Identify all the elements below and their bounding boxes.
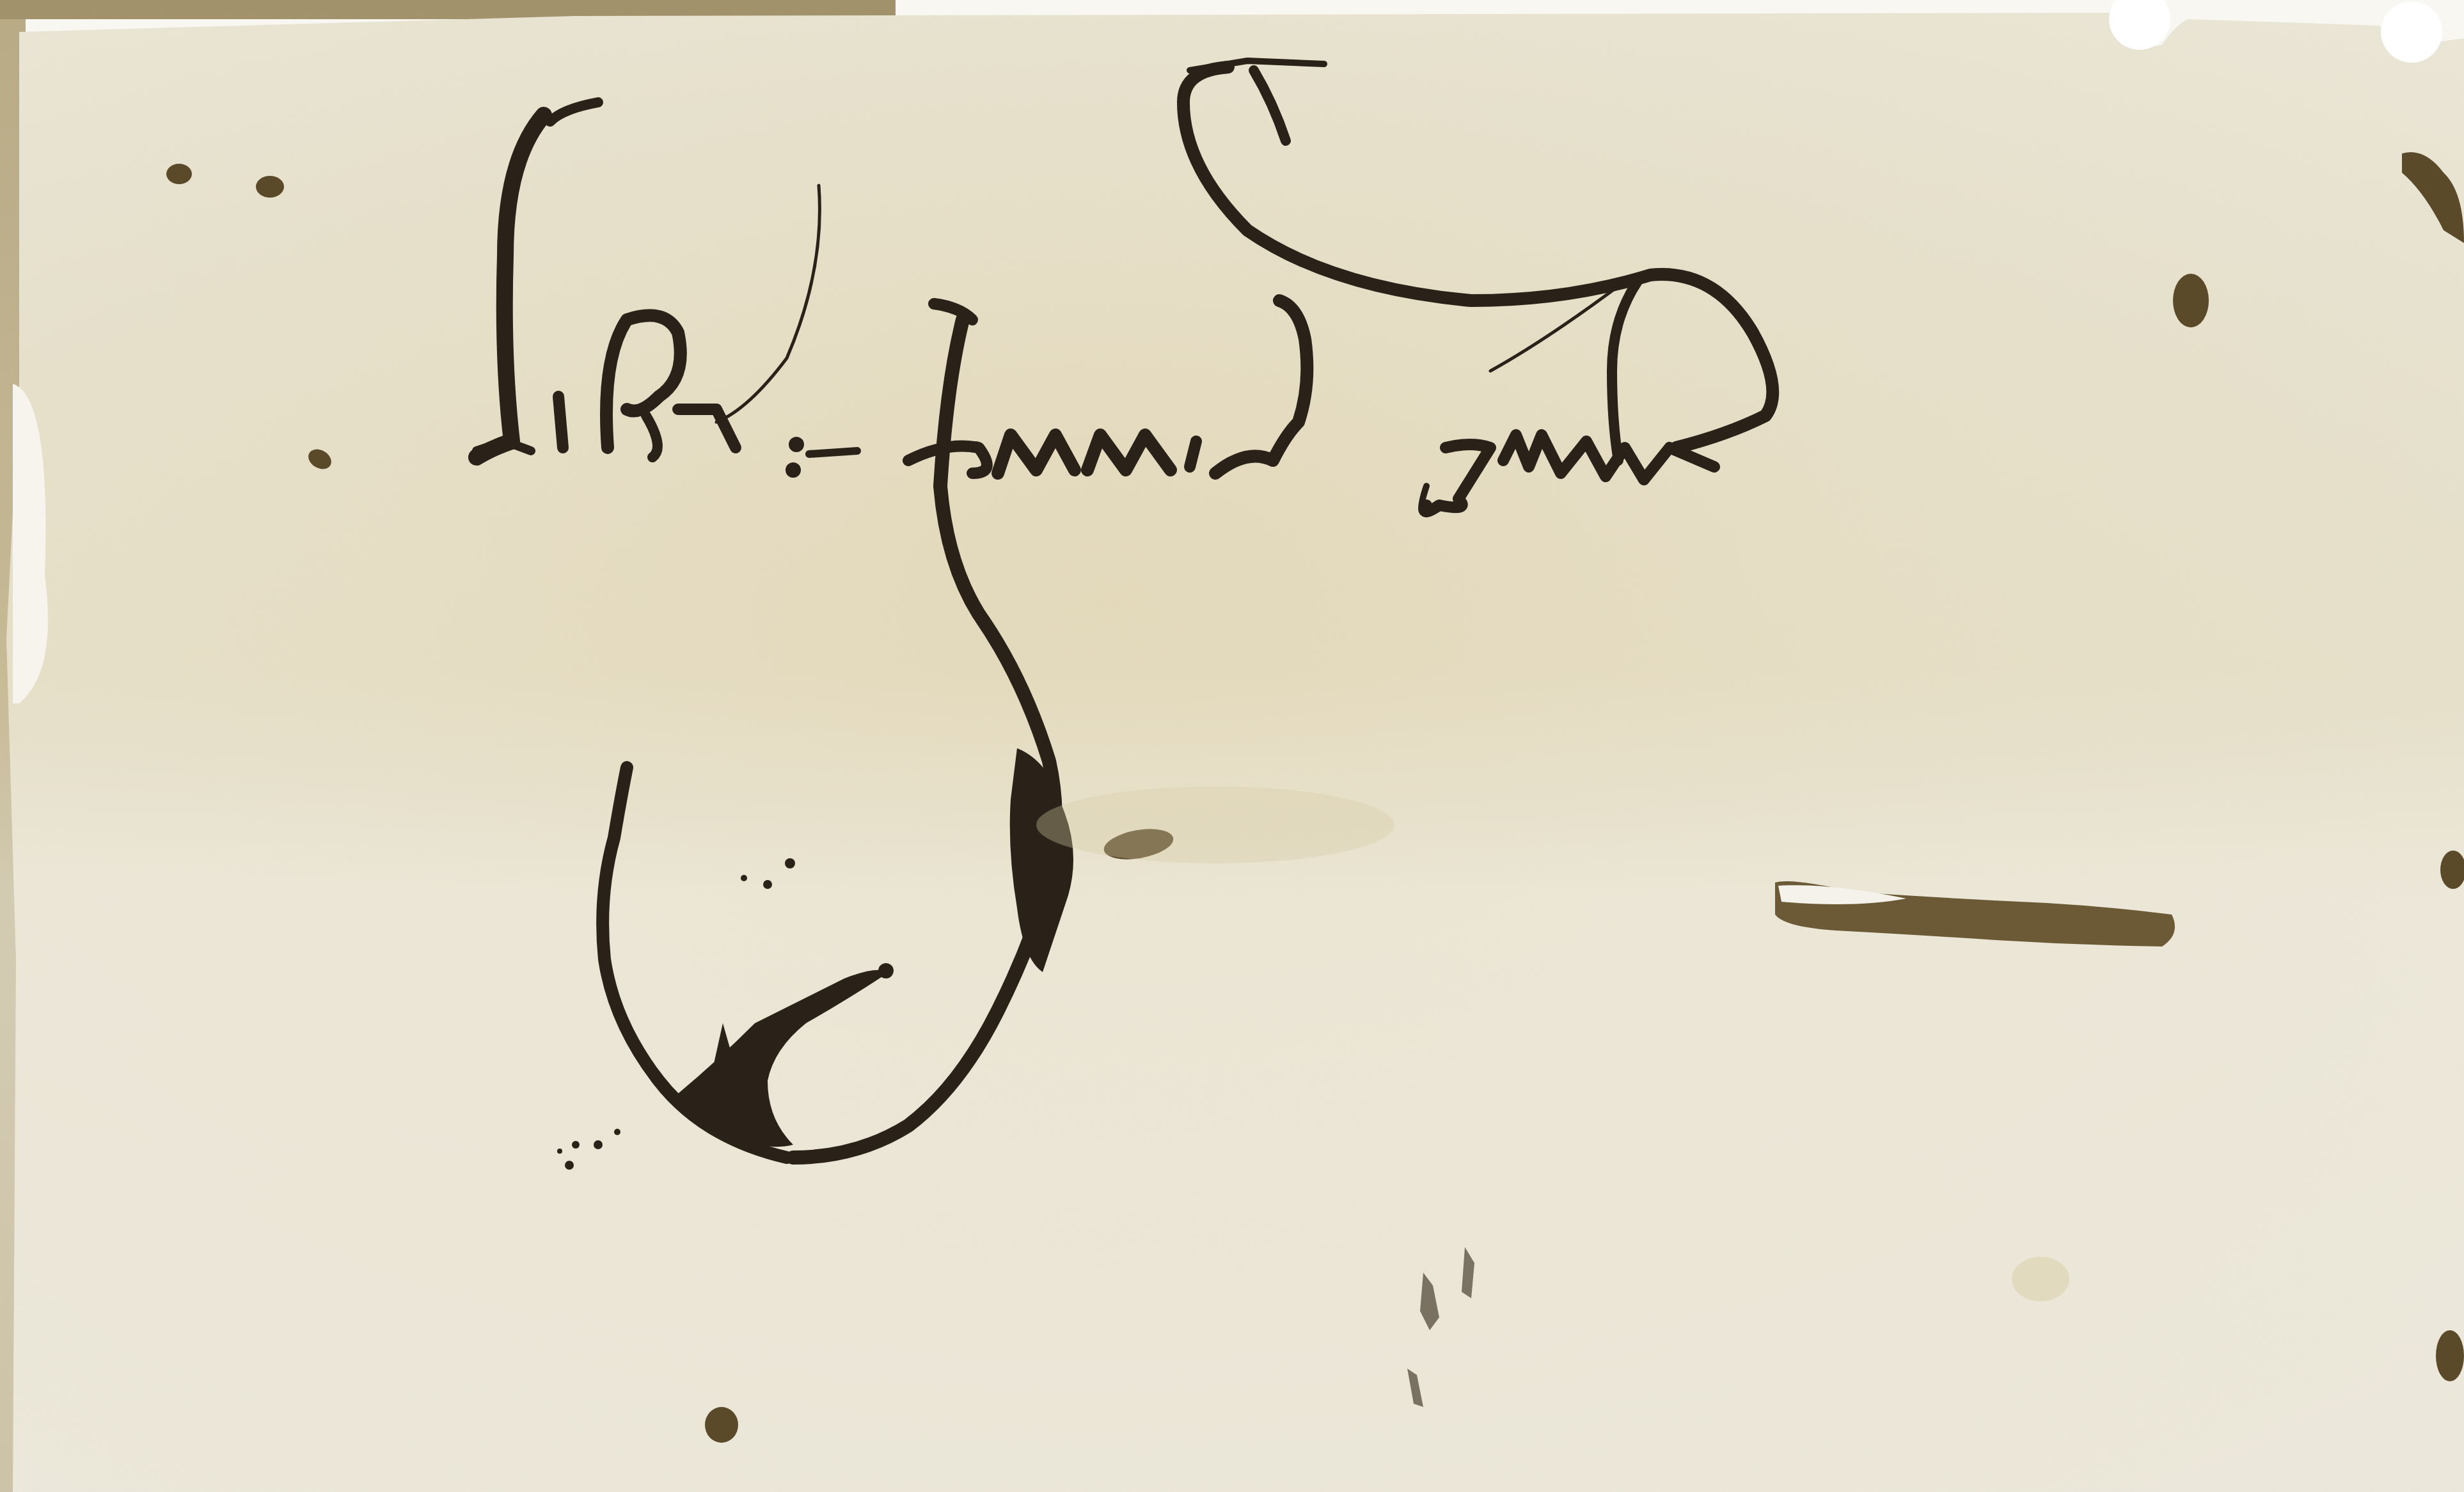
edge-notch bbox=[2381, 1, 2442, 63]
foxing-stain bbox=[1036, 787, 1394, 863]
manuscript-photo bbox=[0, 0, 2464, 1492]
foxing-stain bbox=[2012, 1257, 2069, 1301]
